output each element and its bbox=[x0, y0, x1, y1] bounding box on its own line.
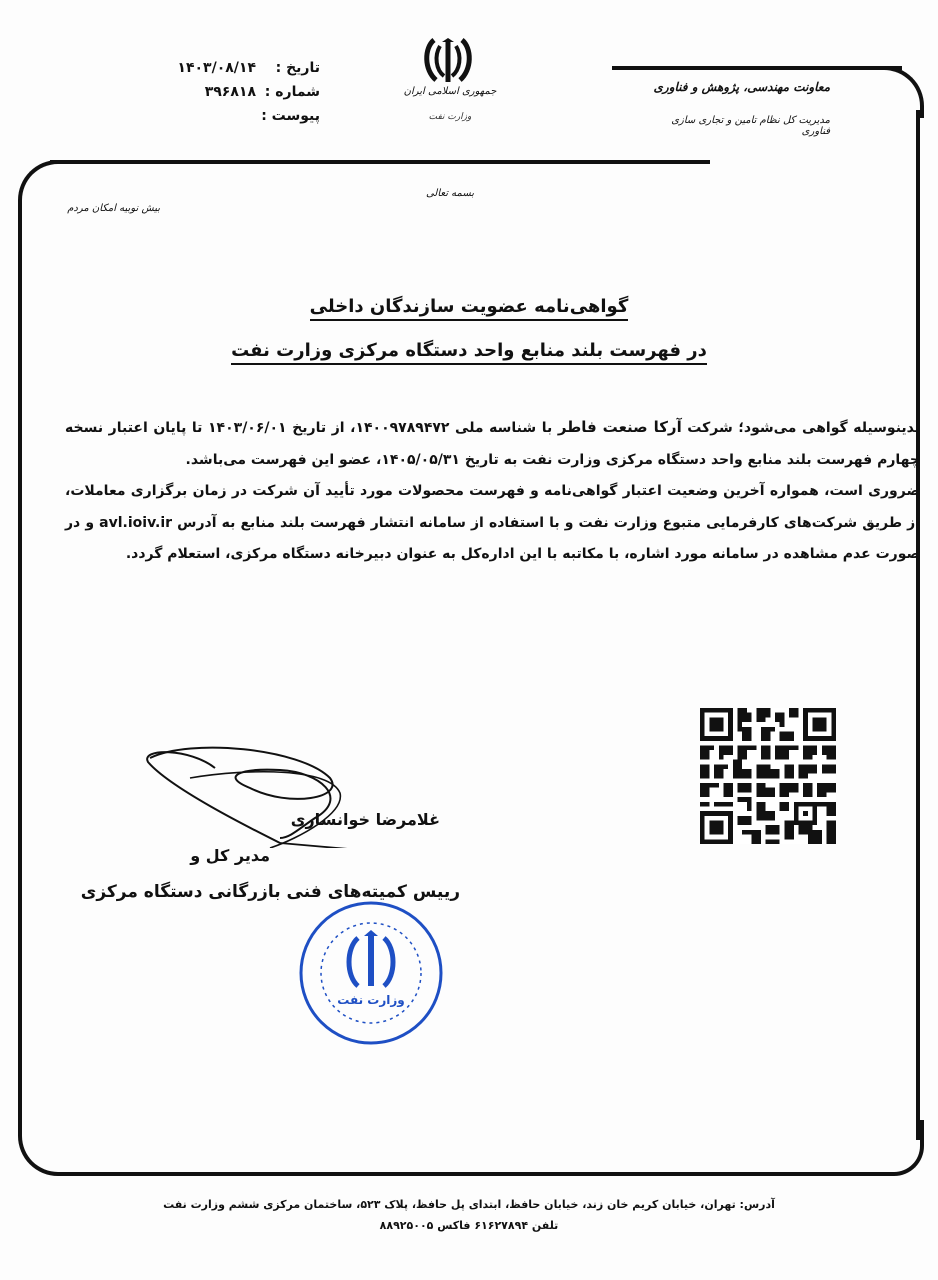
body-paragraph-2: ضروری است، همواره آخرین وضعیت اعتبار گوا… bbox=[65, 476, 920, 571]
signatory-name: غلامرضا خوانساری bbox=[160, 810, 440, 829]
frame-border-top-right bbox=[612, 66, 902, 70]
iran-emblem-icon bbox=[420, 36, 476, 86]
date-value: ۱۴۰۳/۰۸/۱۴ bbox=[177, 56, 256, 80]
ministry-caption: وزارت نفت bbox=[400, 112, 500, 122]
department-line-1: معاونت مهندسی، پژوهش و فناوری bbox=[650, 80, 830, 94]
footer-address: آدرس: تهران، خیابان کریم خان زند، خیابان… bbox=[0, 1198, 938, 1211]
signatory-role-1: مدیر کل و bbox=[160, 846, 270, 865]
attachment-label: پیوست : bbox=[261, 104, 320, 128]
handwritten-signature-icon bbox=[130, 738, 360, 848]
avl-url: avl.ioiv.ir bbox=[99, 515, 172, 531]
handwritten-note-left: بیش نوبیه امکان مردم bbox=[40, 203, 160, 214]
handwritten-note-top: بسمه تعالی bbox=[420, 188, 480, 199]
frame-border-top-left bbox=[50, 160, 710, 164]
date-row: تاریخ : ۱۴۰۳/۰۸/۱۴ bbox=[160, 56, 320, 80]
number-label: شماره : bbox=[262, 80, 320, 104]
letter-metadata: تاریخ : ۱۴۰۳/۰۸/۱۴ شماره : ۳۹۶۸۱۸ پیوست … bbox=[160, 56, 320, 128]
certificate-title-line-1: گواهی‌نامه عضویت سازندگان داخلی bbox=[0, 296, 938, 317]
date-label: تاریخ : bbox=[262, 56, 320, 80]
frame-border-right bbox=[916, 110, 920, 1140]
frame-border-bottom bbox=[18, 1120, 924, 1176]
certificate-body: بدینوسیله گواهی می‌شود؛ شرکت آرکا صنعت ف… bbox=[65, 412, 920, 571]
attachment-row: پیوست : bbox=[160, 104, 320, 128]
footer-phone-fax: تلفن ۶۱۶۲۷۸۹۴ فاکس ۸۸۹۲۵۰۰۵ bbox=[0, 1219, 938, 1232]
department-line-2: مدیریت کل نظام تامین و تجاری سازی فناوری bbox=[650, 115, 830, 137]
company-name: آرکا صنعت فاطر bbox=[558, 418, 682, 436]
certificate-title-line-2: در فهرست بلند منابع واحد دستگاه مرکزی وز… bbox=[0, 340, 938, 361]
qr-code-icon bbox=[700, 708, 836, 844]
number-row: شماره : ۳۹۶۸۱۸ bbox=[160, 80, 320, 104]
svg-text:وزارت نفت: وزارت نفت bbox=[337, 993, 404, 1008]
official-stamp-icon: وزارت نفت bbox=[296, 898, 446, 1048]
number-value: ۳۹۶۸۱۸ bbox=[205, 80, 256, 104]
emblem-caption: جمهوری اسلامی ایران bbox=[400, 86, 500, 97]
body-paragraph-1: بدینوسیله گواهی می‌شود؛ شرکت آرکا صنعت ف… bbox=[65, 412, 920, 476]
